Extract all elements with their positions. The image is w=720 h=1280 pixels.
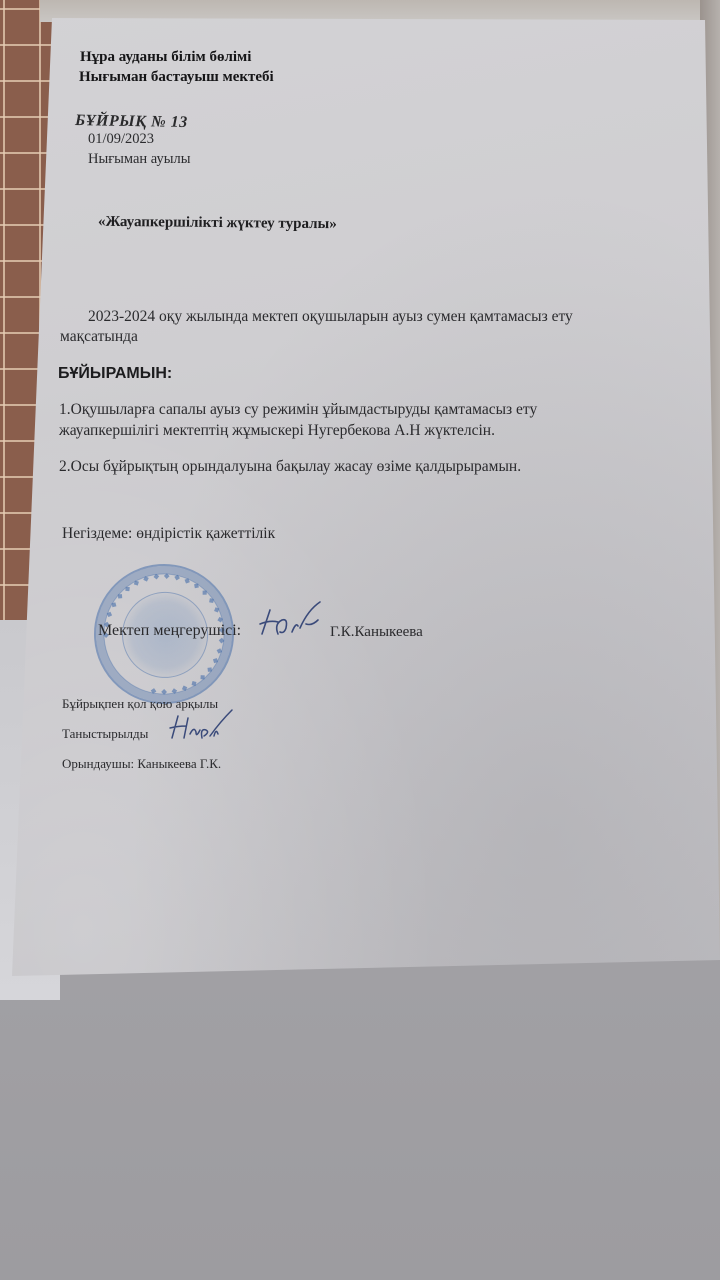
preamble-line-2: мақсатында: [60, 329, 138, 345]
signatory-name: Г.К.Каныкеева: [330, 625, 423, 640]
decree-item-1-line-1: 1.Оқушыларға сапалы ауыз су режимін ұйым…: [59, 402, 537, 418]
order-date: 01/09/2023: [88, 132, 154, 147]
director-signature-icon: [256, 598, 326, 640]
order-location: Нығыман ауылы: [88, 152, 190, 167]
acknowledgement-line-2: Таныстырылды: [62, 727, 148, 740]
department-name: Нұра ауданы білім бөлімі: [80, 50, 251, 65]
order-number: БҰЙРЫҚ № 13: [75, 113, 188, 131]
executor-line: Орындаушы: Каныкеева Г.К.: [62, 757, 221, 770]
decree-item-2: 2.Осы бұйрықтың орындалуына бақылау жаса…: [59, 459, 521, 475]
school-name: Нығыман бастауыш мектебі: [79, 70, 274, 85]
signatory-label: Мектеп меңгерушісі:: [98, 623, 241, 639]
decree-item-1-line-2: жауапкершілігі мектептің жұмыскері Нугер…: [59, 423, 495, 439]
decree-heading: БҰЙЫРАМЫН:: [58, 366, 172, 382]
order-subject: «Жауапкершілікті жүктеу туралы»: [98, 215, 337, 232]
order-basis: Негіздеме: өндірістік қажеттілік: [62, 526, 275, 542]
document-sheet: [12, 0, 720, 980]
acknowledgement-signature-icon: [166, 708, 236, 744]
preamble-line-1: 2023-2024 оқу жылында мектеп оқушыларын …: [88, 309, 573, 325]
